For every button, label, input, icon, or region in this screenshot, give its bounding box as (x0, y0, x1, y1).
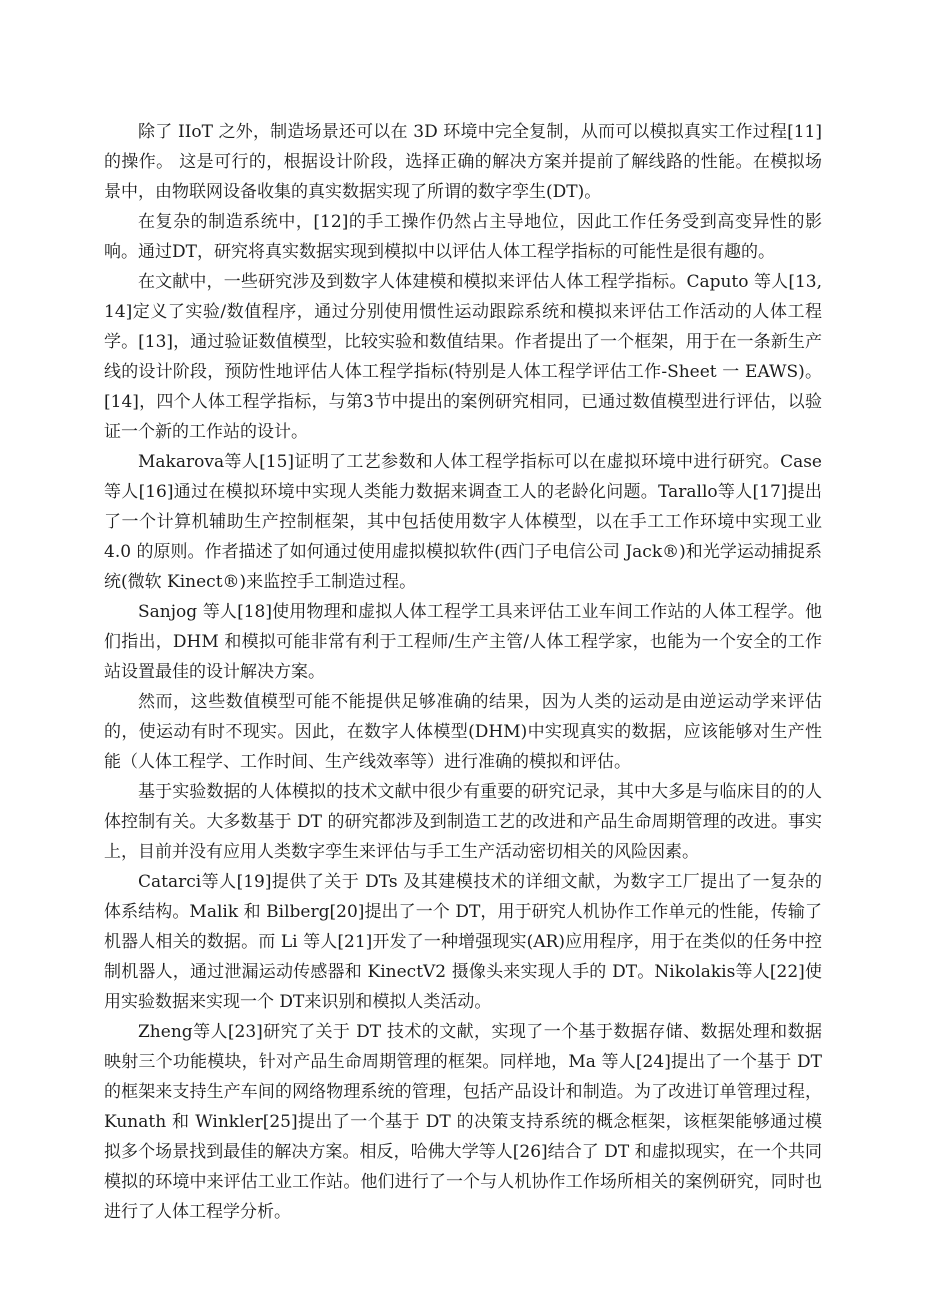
paragraph-experimental-data-gap: 基于实验数据的人体模拟的技术文献中很少有重要的研究记录，其中大多是与临床目的的人… (104, 777, 822, 867)
paragraph-makarova-case-tarallo: Makarova等人[15]证明了工艺参数和人体工程学指标可以在虚拟环境中进行研… (104, 447, 822, 597)
paragraph-manual-operations-dt: 在复杂的制造系统中，[12]的手工操作仍然占主导地位，因此工作任务受到高变异性的… (104, 207, 822, 267)
paragraph-iiot-3d-replication: 除了 IIoT 之外，制造场景还可以在 3D 环境中完全复制，从而可以模拟真实工… (104, 117, 822, 207)
paragraph-numerical-model-limits: 然而，这些数值模型可能不能提供足够准确的结果，因为人类的运动是由逆运动学来评估的… (104, 687, 822, 777)
paragraph-literature-caputo: 在文献中，一些研究涉及到数字人体建模和模拟来评估人体工程学指标。Caputo 等… (104, 267, 822, 447)
paragraph-sanjog-dhm: Sanjog 等人[18]使用物理和虚拟人体工程学工具来评估工业车间工作站的人体… (104, 597, 822, 687)
paragraph-zheng-ma-kunath-harvard: Zheng等人[23]研究了关于 DT 技术的文献，实现了一个基于数据存储、数据… (104, 1017, 822, 1227)
paragraph-catarci-malik-li-nikolakis: Catarci等人[19]提供了关于 DTs 及其建模技术的详细文献，为数字工厂… (104, 867, 822, 1017)
document-page: 除了 IIoT 之外，制造场景还可以在 3D 环境中完全复制，从而可以模拟真实工… (0, 0, 926, 1309)
